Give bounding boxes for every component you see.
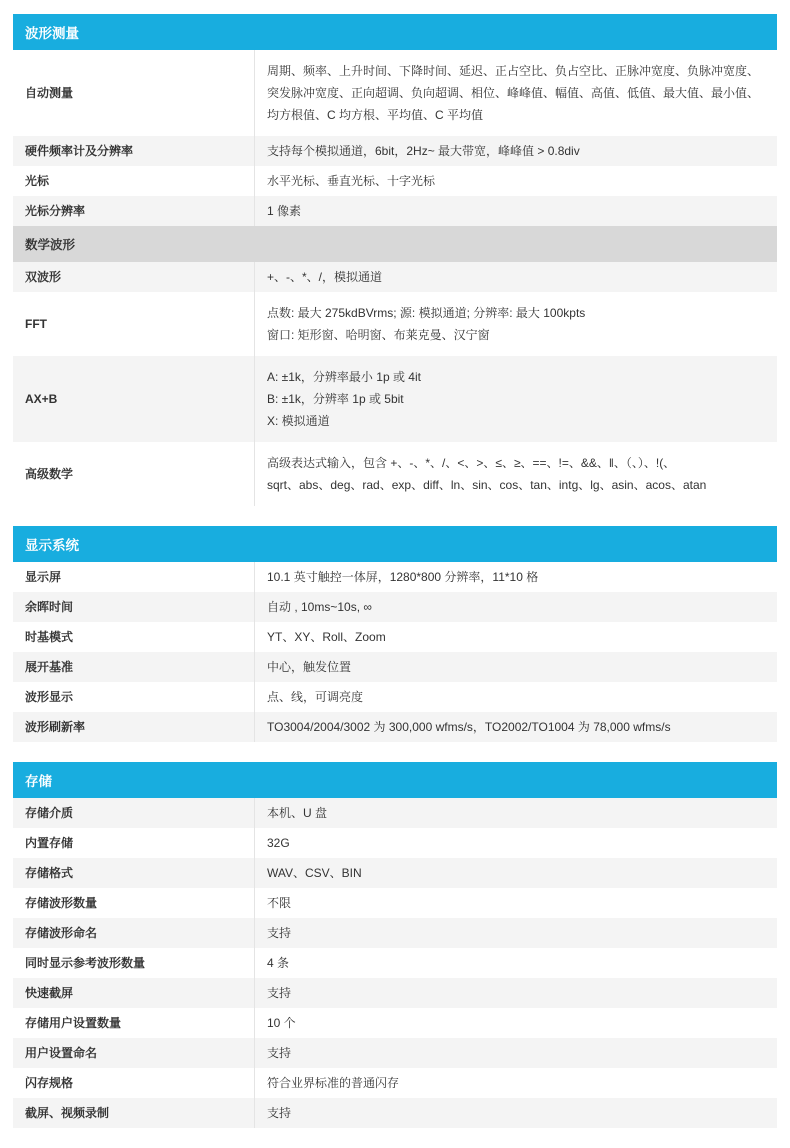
spec-value: WAV、CSV、BIN: [254, 858, 777, 888]
spec-value: YT、XY、Roll、Zoom: [254, 622, 777, 652]
spec-value: 支持: [254, 1098, 777, 1128]
spec-label: 光标分辨率: [13, 196, 254, 226]
spec-section: 显示系统显示屏10.1 英寸触控一体屏，1280*800 分辨率，11*10 格…: [13, 526, 777, 742]
spec-row: 双波形+、-、*、/，模拟通道: [13, 262, 777, 292]
spec-row: 用户设置命名支持: [13, 1038, 777, 1068]
spec-value: 支持: [254, 978, 777, 1008]
spec-row: 内置存储32G: [13, 828, 777, 858]
spec-row: 时基模式YT、XY、Roll、Zoom: [13, 622, 777, 652]
spec-label: 存储波形数量: [13, 888, 254, 918]
spec-label: 存储介质: [13, 798, 254, 828]
spec-label: AX+B: [13, 356, 254, 442]
section-header: 显示系统: [13, 526, 777, 562]
spec-label: 高级数学: [13, 442, 254, 506]
spec-value: 不限: [254, 888, 777, 918]
spec-row: 存储格式WAV、CSV、BIN: [13, 858, 777, 888]
spec-row: 波形刷新率TO3004/2004/3002 为 300,000 wfms/s，T…: [13, 712, 777, 742]
spec-value: 10 个: [254, 1008, 777, 1038]
spec-row: 余晖时间自动 , 10ms~10s, ∞: [13, 592, 777, 622]
spec-value: 支持每个模拟通道，6bit，2Hz~ 最大带宽，峰峰值 > 0.8div: [254, 136, 777, 166]
spec-row: 截屏、视频录制支持: [13, 1098, 777, 1128]
spec-row: 同时显示参考波形数量4 条: [13, 948, 777, 978]
spec-label: 时基模式: [13, 622, 254, 652]
spec-value: 中心，触发位置: [254, 652, 777, 682]
section-header: 存储: [13, 762, 777, 798]
spec-value: 点、线，可调亮度: [254, 682, 777, 712]
spec-value: 高级表达式输入，包含 +、-、*、/、<、>、≤、≥、==、!=、&&、‖、（、…: [254, 442, 777, 506]
spec-row: 光标水平光标、垂直光标、十字光标: [13, 166, 777, 196]
spec-label: 波形显示: [13, 682, 254, 712]
spec-value: 周期、频率、上升时间、下降时间、延迟、正占空比、负占空比、正脉冲宽度、负脉冲宽度…: [254, 50, 777, 136]
spec-value: +、-、*、/，模拟通道: [254, 262, 777, 292]
spec-label: 双波形: [13, 262, 254, 292]
spec-label: 展开基准: [13, 652, 254, 682]
spec-value: 1 像素: [254, 196, 777, 226]
spec-row: 波形显示点、线，可调亮度: [13, 682, 777, 712]
spec-row: 显示屏10.1 英寸触控一体屏，1280*800 分辨率，11*10 格: [13, 562, 777, 592]
spec-label: 存储用户设置数量: [13, 1008, 254, 1038]
spec-label: 波形刷新率: [13, 712, 254, 742]
spec-label: 余晖时间: [13, 592, 254, 622]
spec-label: 自动测量: [13, 50, 254, 136]
spec-row: AX+BA: ±1k，分辨率最小 1p 或 4it B: ±1k，分辨率 1p …: [13, 356, 777, 442]
spec-row: 快速截屏支持: [13, 978, 777, 1008]
spec-row: FFT点数: 最大 275kdBVrms; 源: 模拟通道; 分辨率: 最大 1…: [13, 292, 777, 356]
spec-value: 支持: [254, 1038, 777, 1068]
spec-value: 32G: [254, 828, 777, 858]
spec-row: 存储介质本机、U 盘: [13, 798, 777, 828]
spec-label: 存储波形命名: [13, 918, 254, 948]
spec-label: 内置存储: [13, 828, 254, 858]
spec-row: 展开基准中心，触发位置: [13, 652, 777, 682]
spec-value: 4 条: [254, 948, 777, 978]
spec-row: 存储波形命名支持: [13, 918, 777, 948]
section-header: 波形测量: [13, 14, 777, 50]
spec-row: 闪存规格符合业界标准的普通闪存: [13, 1068, 777, 1098]
spec-label: 存储格式: [13, 858, 254, 888]
spec-row: 硬件频率计及分辨率支持每个模拟通道，6bit，2Hz~ 最大带宽，峰峰值 > 0…: [13, 136, 777, 166]
spec-label: 同时显示参考波形数量: [13, 948, 254, 978]
spec-value: 支持: [254, 918, 777, 948]
subsection-header: 数学波形: [13, 226, 777, 262]
spec-row: 存储用户设置数量10 个: [13, 1008, 777, 1038]
spec-row: 高级数学高级表达式输入，包含 +、-、*、/、<、>、≤、≥、==、!=、&&、…: [13, 442, 777, 506]
spec-row: 自动测量周期、频率、上升时间、下降时间、延迟、正占空比、负占空比、正脉冲宽度、负…: [13, 50, 777, 136]
spec-label: 快速截屏: [13, 978, 254, 1008]
spec-label: 光标: [13, 166, 254, 196]
spec-value: 符合业界标准的普通闪存: [254, 1068, 777, 1098]
spec-label: 用户设置命名: [13, 1038, 254, 1068]
spec-value: 点数: 最大 275kdBVrms; 源: 模拟通道; 分辨率: 最大 100k…: [254, 292, 777, 356]
spec-value: A: ±1k，分辨率最小 1p 或 4it B: ±1k，分辨率 1p 或 5b…: [254, 356, 777, 442]
spec-section: 波形测量自动测量周期、频率、上升时间、下降时间、延迟、正占空比、负占空比、正脉冲…: [13, 14, 777, 506]
spec-label: 截屏、视频录制: [13, 1098, 254, 1128]
spec-label: 闪存规格: [13, 1068, 254, 1098]
spec-label: 显示屏: [13, 562, 254, 592]
spec-row: 存储波形数量不限: [13, 888, 777, 918]
spec-value: 水平光标、垂直光标、十字光标: [254, 166, 777, 196]
spec-page: 波形测量自动测量周期、频率、上升时间、下降时间、延迟、正占空比、负占空比、正脉冲…: [0, 0, 790, 1148]
spec-value: 自动 , 10ms~10s, ∞: [254, 592, 777, 622]
spec-label: 硬件频率计及分辨率: [13, 136, 254, 166]
spec-value: 本机、U 盘: [254, 798, 777, 828]
spec-section: 存储存储介质本机、U 盘内置存储32G存储格式WAV、CSV、BIN存储波形数量…: [13, 762, 777, 1128]
spec-row: 光标分辨率1 像素: [13, 196, 777, 226]
spec-value: TO3004/2004/3002 为 300,000 wfms/s，TO2002…: [254, 712, 777, 742]
spec-label: FFT: [13, 292, 254, 356]
spec-value: 10.1 英寸触控一体屏，1280*800 分辨率，11*10 格: [254, 562, 777, 592]
spec-table: 波形测量自动测量周期、频率、上升时间、下降时间、延迟、正占空比、负占空比、正脉冲…: [13, 14, 777, 1128]
